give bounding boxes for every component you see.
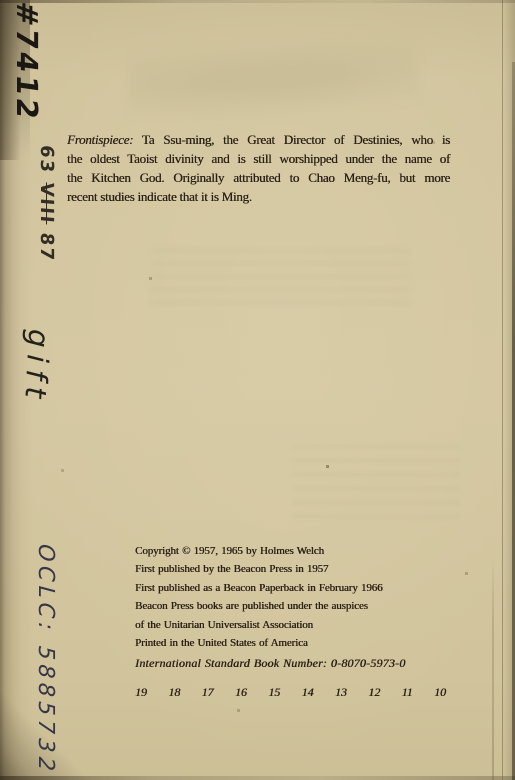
printing-number: 16 [235, 683, 247, 701]
isbn-line: International Standard Book Number: 0-80… [135, 654, 450, 672]
frontispiece-caption: Frontispiece: Ta Ssu-ming, the Great Dir… [67, 130, 450, 206]
handwritten-gift-note: gift [18, 328, 56, 406]
printing-number-line: 19 18 17 16 15 14 13 12 11 10 [135, 683, 446, 701]
copyright-line: Copyright © 1957, 1965 by Holmes Welch [135, 542, 450, 560]
handwritten-call-number: #7412 [10, 0, 44, 124]
printing-number: 19 [135, 683, 147, 701]
copyright-line: First published by the Beacon Press in 1… [135, 560, 450, 578]
printing-number: 13 [335, 683, 347, 701]
copyright-line: Printed in the United States of America [135, 634, 450, 652]
accession-roman-numeral: VIII [36, 182, 57, 226]
paper-crease [492, 555, 494, 780]
printing-number: 11 [402, 683, 413, 701]
printing-number: 15 [268, 683, 280, 701]
printing-number: 14 [302, 683, 314, 701]
caption-line-text: Ta Ssu-ming, the Great Director of Desti… [142, 132, 450, 147]
handwritten-oclc-number: OCLC: 5885732 [33, 543, 58, 776]
accession-year: 63 [36, 144, 57, 175]
printing-number: 12 [368, 683, 380, 701]
accession-number: 87 [36, 232, 57, 263]
copyright-line: Beacon Press books are published under t… [135, 597, 450, 615]
copyright-block: Copyright © 1957, 1965 by Holmes Welch F… [135, 542, 450, 701]
page-top-edge [0, 0, 515, 3]
show-through-ghost [128, 38, 418, 122]
scanned-book-copyright-page: #7412 63 VIII 87 gift OCLC: 5885732 Fron… [0, 0, 515, 780]
caption-line: the Kitchen God. Originally attributed t… [67, 168, 450, 187]
caption-line: the oldest Taoist divinity and is still … [67, 149, 450, 168]
printing-number: 10 [434, 683, 446, 701]
printing-number: 17 [202, 683, 214, 701]
show-through-ghost [150, 248, 410, 310]
caption-line: Frontispiece: Ta Ssu-ming, the Great Dir… [67, 130, 450, 149]
printing-number: 18 [168, 683, 180, 701]
copyright-line: of the Unitarian Universalist Associatio… [135, 616, 450, 634]
show-through-ghost [292, 444, 460, 526]
copyright-line: First published as a Beacon Paperback in… [135, 579, 450, 597]
caption-lead-italic: Frontispiece: [67, 132, 133, 147]
paper-specks [0, 0, 1, 1]
caption-line: recent studies indicate that it is Ming. [67, 187, 450, 206]
handwritten-accession-date: 63 VIII 87 [36, 144, 57, 263]
